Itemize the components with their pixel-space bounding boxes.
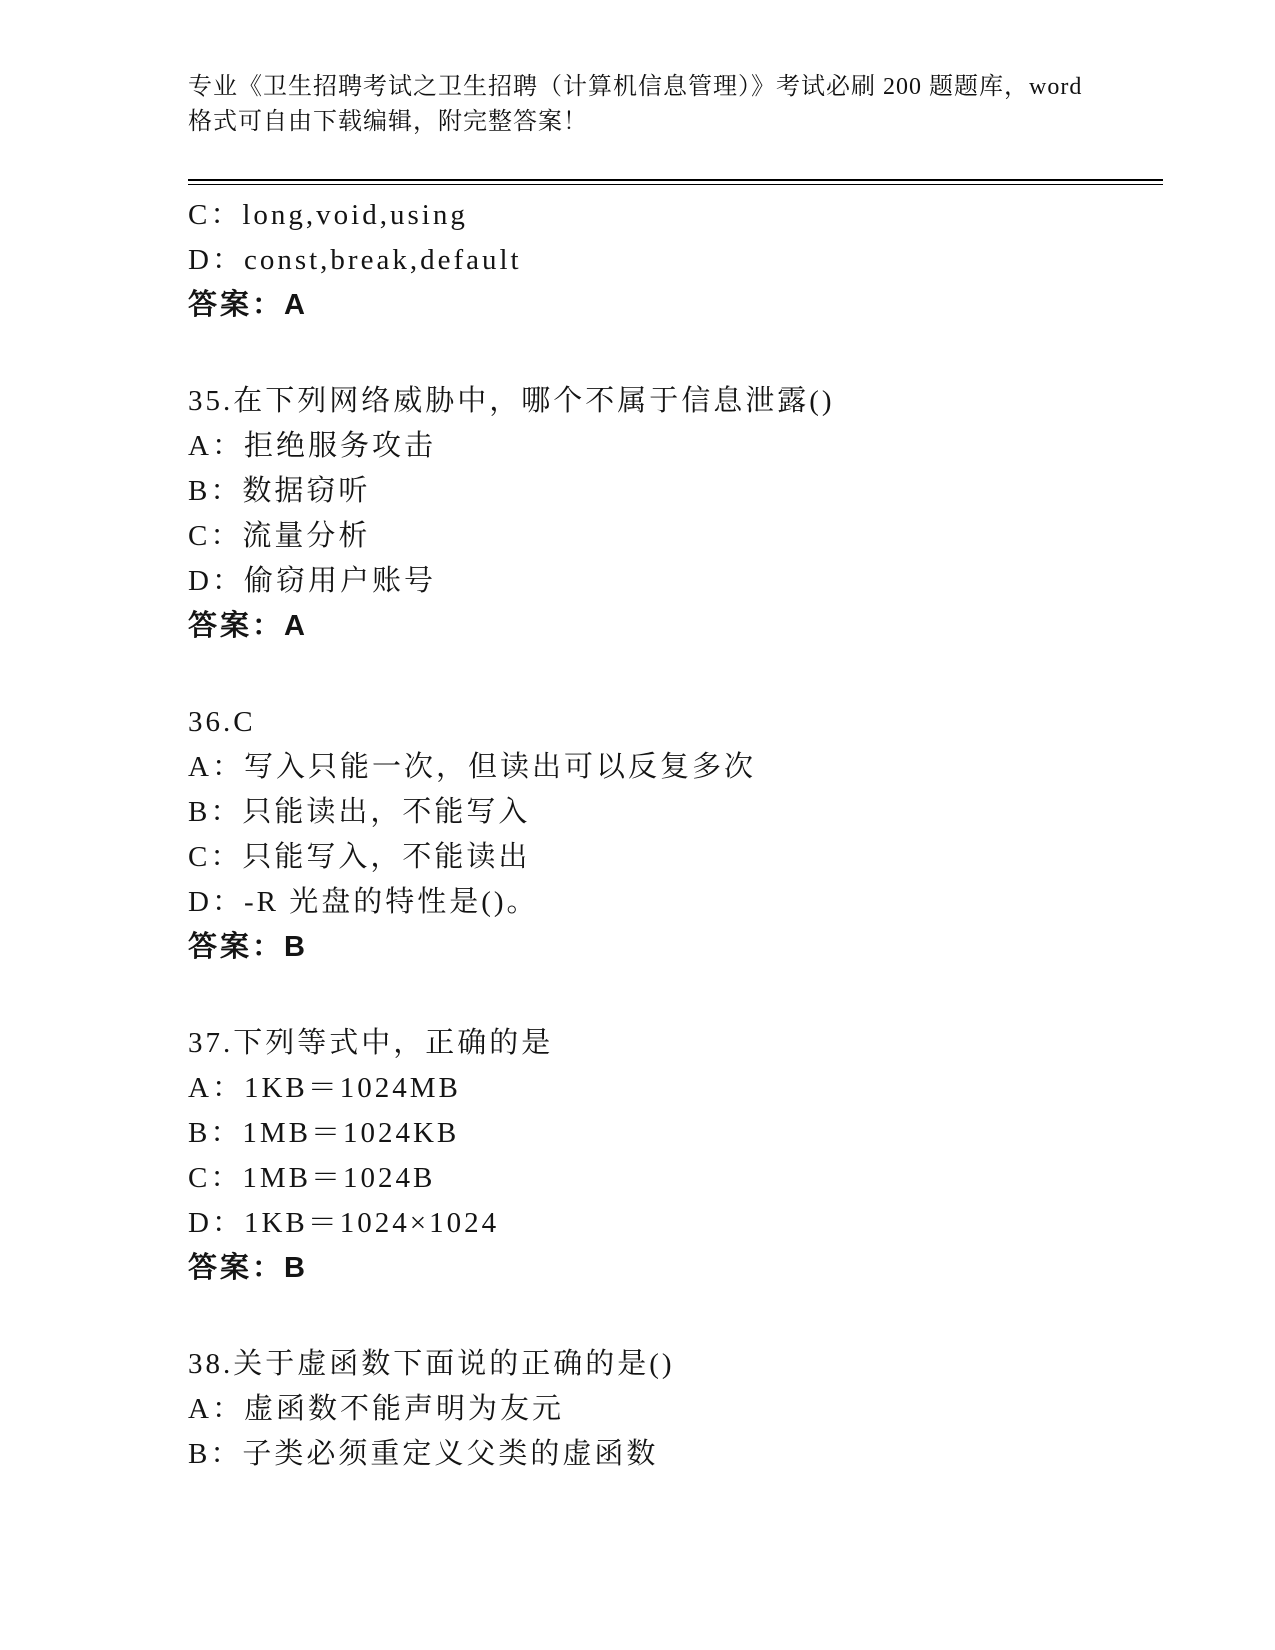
option-label: A [188, 1072, 212, 1104]
option-label: B [188, 1438, 210, 1470]
option-line: B：只能读出，不能写入 [188, 790, 1163, 835]
option-text: 流量分析 [242, 520, 370, 552]
option-text: 数据窃听 [242, 475, 370, 507]
option-text: 写入只能一次，但读出可以反复多次 [244, 751, 756, 783]
option-text: 只能写入，不能读出 [242, 841, 530, 873]
option-line: C：只能写入，不能读出 [188, 835, 1163, 880]
question-text: 下列等式中，正确的是 [233, 1027, 553, 1059]
question-title: 36.C [188, 700, 1163, 745]
option-label: B [188, 796, 210, 828]
option-text: 1MB＝1024B [242, 1162, 435, 1194]
answer-label: 答案： [188, 289, 284, 321]
option-line: A：拒绝服务攻击 [188, 424, 1163, 469]
option-separator: ： [210, 199, 242, 231]
option-text: 1KB＝1024MB [244, 1072, 461, 1104]
question-number: 36. [188, 706, 233, 738]
option-separator: ： [210, 1162, 242, 1194]
question-block: 38.关于虚函数下面说的正确的是()A：虚函数不能声明为友元B：子类必须重定义父… [188, 1342, 1163, 1477]
question-title: 38.关于虚函数下面说的正确的是() [188, 1342, 1163, 1387]
option-text: 偷窃用户账号 [244, 565, 436, 597]
option-label: A [188, 430, 212, 462]
option-line: B：子类必须重定义父类的虚函数 [188, 1432, 1163, 1477]
answer-line: 答案：B [188, 1246, 1163, 1291]
option-text: 只能读出，不能写入 [242, 796, 530, 828]
option-text: 子类必须重定义父类的虚函数 [242, 1438, 658, 1470]
question-text: C [233, 706, 255, 738]
header-rule-divider [188, 179, 1163, 185]
option-separator: ： [210, 841, 242, 873]
option-line: A：写入只能一次，但读出可以反复多次 [188, 745, 1163, 790]
header-line-2: 格式可自由下载编辑，附完整答案！ [188, 105, 1163, 140]
option-line: A：虚函数不能声明为友元 [188, 1387, 1163, 1432]
option-label: D [188, 886, 212, 918]
option-separator: ： [212, 565, 244, 597]
option-line: D：const,break,default [188, 238, 1163, 283]
answer-value: A [284, 610, 308, 642]
option-separator: ： [212, 1207, 244, 1239]
page-header: 专业《卫生招聘考试之卫生招聘（计算机信息管理）》考试必刷 200 题题库，wor… [188, 70, 1163, 140]
option-label: D [188, 1207, 212, 1239]
question-block: 35.在下列网络威胁中，哪个不属于信息泄露()A：拒绝服务攻击B：数据窃听C：流… [188, 379, 1163, 649]
option-label: A [188, 1393, 212, 1425]
option-separator: ： [212, 751, 244, 783]
option-label: C [188, 1162, 210, 1194]
option-separator: ： [212, 1072, 244, 1104]
answer-value: B [284, 931, 308, 963]
option-label: C [188, 520, 210, 552]
option-line: D：偷窃用户账号 [188, 559, 1163, 604]
question-text: 关于虚函数下面说的正确的是() [233, 1348, 674, 1380]
option-separator: ： [210, 520, 242, 552]
option-label: A [188, 751, 212, 783]
option-line: B：数据窃听 [188, 469, 1163, 514]
option-text: 1MB＝1024KB [242, 1117, 459, 1149]
header-line-1: 专业《卫生招聘考试之卫生招聘（计算机信息管理）》考试必刷 200 题题库，wor… [188, 70, 1163, 105]
option-label: C [188, 199, 210, 231]
answer-label: 答案： [188, 1252, 284, 1284]
option-label: D [188, 565, 212, 597]
answer-line: 答案：B [188, 925, 1163, 970]
option-label: D [188, 244, 212, 276]
option-line: C：1MB＝1024B [188, 1156, 1163, 1201]
question-title: 37.下列等式中，正确的是 [188, 1021, 1163, 1066]
answer-line: 答案：A [188, 283, 1163, 328]
option-line: D：-R 光盘的特性是()。 [188, 880, 1163, 925]
option-separator: ： [210, 1438, 242, 1470]
option-label: B [188, 1117, 210, 1149]
question-block: C：long,void,usingD：const,break,default答案… [188, 193, 1163, 328]
option-text: 虚函数不能声明为友元 [244, 1393, 564, 1425]
option-text: long,void,using [242, 199, 467, 231]
question-text: 在下列网络威胁中，哪个不属于信息泄露() [233, 385, 834, 417]
answer-value: B [284, 1252, 308, 1284]
option-line: B：1MB＝1024KB [188, 1111, 1163, 1156]
question-number: 35. [188, 385, 233, 417]
option-text: const,break,default [244, 244, 522, 276]
option-separator: ： [210, 796, 242, 828]
option-separator: ： [210, 475, 242, 507]
option-text: 1KB＝1024×1024 [244, 1207, 499, 1239]
option-separator: ： [210, 1117, 242, 1149]
option-line: D：1KB＝1024×1024 [188, 1201, 1163, 1246]
answer-value: A [284, 289, 308, 321]
answer-line: 答案：A [188, 604, 1163, 649]
document-page: 专业《卫生招聘考试之卫生招聘（计算机信息管理）》考试必刷 200 题题库，wor… [0, 0, 1275, 1650]
option-line: C：long,void,using [188, 193, 1163, 238]
question-block: 37.下列等式中，正确的是A：1KB＝1024MBB：1MB＝1024KBC：1… [188, 1021, 1163, 1291]
answer-label: 答案： [188, 931, 284, 963]
question-list: C：long,void,usingD：const,break,default答案… [188, 193, 1163, 1477]
question-number: 37. [188, 1027, 233, 1059]
question-number: 38. [188, 1348, 233, 1380]
question-title: 35.在下列网络威胁中，哪个不属于信息泄露() [188, 379, 1163, 424]
option-separator: ： [212, 1393, 244, 1425]
option-text: 拒绝服务攻击 [244, 430, 436, 462]
option-label: B [188, 475, 210, 507]
answer-label: 答案： [188, 610, 284, 642]
option-text: -R 光盘的特性是()。 [244, 886, 539, 918]
option-separator: ： [212, 244, 244, 276]
question-block: 36.CA：写入只能一次，但读出可以反复多次B：只能读出，不能写入C：只能写入，… [188, 700, 1163, 970]
option-label: C [188, 841, 210, 873]
option-line: C：流量分析 [188, 514, 1163, 559]
option-separator: ： [212, 430, 244, 462]
option-separator: ： [212, 886, 244, 918]
option-line: A：1KB＝1024MB [188, 1066, 1163, 1111]
page-content: 专业《卫生招聘考试之卫生招聘（计算机信息管理）》考试必刷 200 题题库，wor… [188, 70, 1163, 1477]
